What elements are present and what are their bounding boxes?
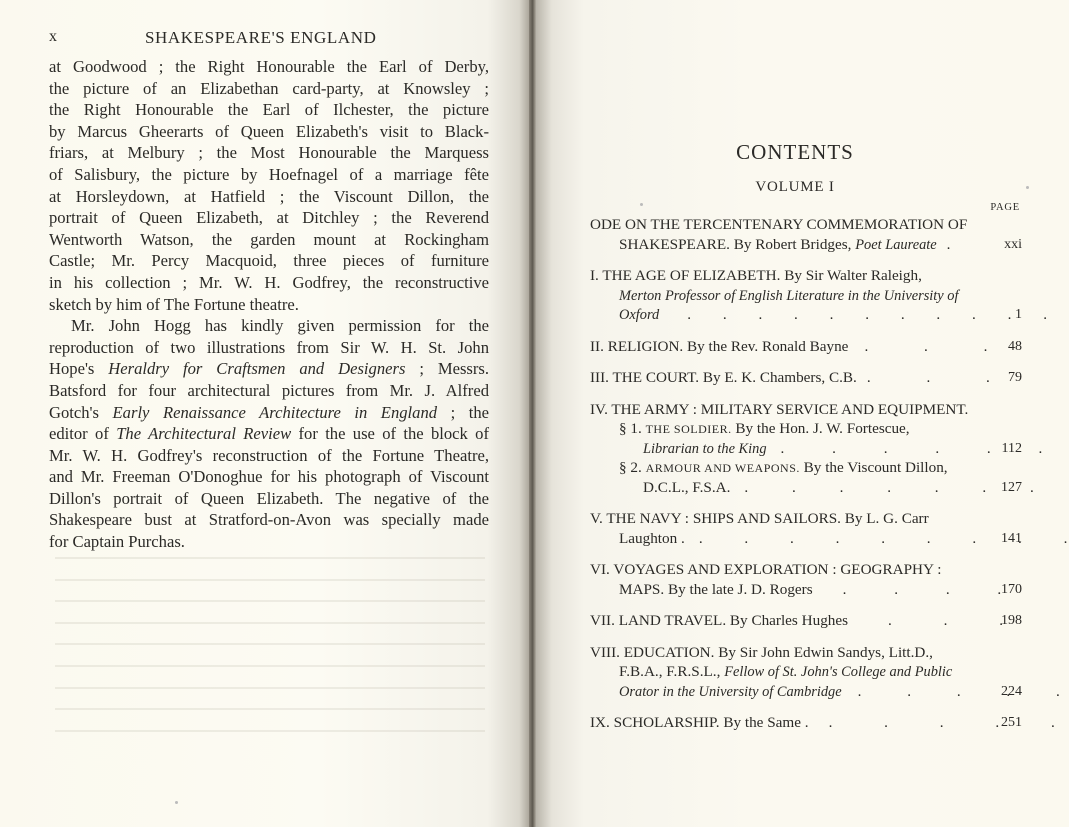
text: Laughton . xyxy=(619,530,685,547)
section-mark: § 2. xyxy=(619,459,642,476)
author-title: Oxford xyxy=(619,307,659,323)
chapter-numeral: VII. xyxy=(590,612,615,629)
text-line: Batsford for four architectural pictures… xyxy=(49,380,489,402)
toc-line: D.C.L., F.S.A.. . . . . . . .127 xyxy=(590,478,1022,498)
page-ref: 170 xyxy=(1001,580,1022,600)
page-ref: xxi xyxy=(1004,235,1022,255)
text-line: Wentworth Watson, the garden mount at Ro… xyxy=(49,229,489,251)
text-line: the Right Honourable the Earl of Ilchest… xyxy=(49,99,489,121)
chapter-numeral: I. xyxy=(590,267,599,284)
chapter-numeral: V. xyxy=(590,510,603,527)
text: EDUCATION. By Sir John Edwin Sandys, Lit… xyxy=(624,644,933,661)
page-ref: 79 xyxy=(1008,368,1022,388)
text-line: sketch by him of The Fortune theatre. xyxy=(49,294,489,316)
text-line: friars, at Melbury ; the Most Honourable… xyxy=(49,142,489,164)
page-ref: 251 xyxy=(1001,713,1022,733)
author-title: Orator in the University of Cambridge xyxy=(619,684,842,700)
chapter-numeral: VIII. xyxy=(590,644,620,661)
paragraph-2: Mr. John Hogg has kindly given permissio… xyxy=(49,315,489,553)
chapter-numeral: III. xyxy=(590,369,609,386)
chapter-numeral: VI. xyxy=(590,561,610,578)
section-title: Armour and Weapons. xyxy=(646,461,800,475)
page-ref: 1 xyxy=(1015,305,1022,325)
book-title-italic: Early Renaissance Architecture in Englan… xyxy=(113,403,438,422)
text-line: reproduction of two illustrations from S… xyxy=(49,337,489,359)
toc-line: Oxford. . . . . . . . . . .1 xyxy=(590,305,1022,325)
text: MAPS. By the late J. D. Rogers xyxy=(619,581,813,598)
toc-line: IV. THE ARMY : MILITARY SERVICE AND EQUI… xyxy=(590,400,1022,420)
text-line: the picture of an Elizabethan card-party… xyxy=(49,78,489,100)
page-ref: 127 xyxy=(1001,478,1022,498)
journal-title-italic: The Architectural Review xyxy=(116,424,291,443)
author-title: Fellow of St. John's College and Public xyxy=(724,664,952,680)
toc-line: VIII. EDUCATION. By Sir John Edwin Sandy… xyxy=(590,643,1022,663)
paper-speck xyxy=(640,203,643,206)
toc-line: VII. LAND TRAVEL. By Charles Hughes. . .… xyxy=(590,611,1022,631)
text: By the Viscount Dillon, xyxy=(800,459,948,476)
text-line: Hope's Heraldry for Craftsmen and Design… xyxy=(49,358,489,380)
text: SHAKESPEARE. By Robert Bridges, xyxy=(619,236,855,253)
toc-line: Laughton .. . . . . . . . .141 xyxy=(590,529,1022,549)
page-number: x xyxy=(49,28,57,46)
running-head: x SHAKESPEARE'S ENGLAND xyxy=(49,28,489,50)
text: Gotch's xyxy=(49,403,113,422)
toc-entry-ode: ODE ON THE TERCENTENARY COMMEMORATION OF… xyxy=(590,215,1022,254)
page-column-label: PAGE xyxy=(960,202,1020,213)
toc-entry-IX: IX. SCHOLARSHIP. By the Same .. . . . .2… xyxy=(590,713,1022,733)
text-line: by Marcus Gheerarts of Queen Elizabeth's… xyxy=(49,121,489,143)
text-line: and Mr. Freeman O'Donoghue for his photo… xyxy=(49,466,489,488)
toc-entry-VII: VII. LAND TRAVEL. By Charles Hughes. . .… xyxy=(590,611,1022,631)
book-title-italic: Heraldry for Craftsmen and Designers xyxy=(108,359,405,378)
toc-entry-I: I. THE AGE OF ELIZABETH. By Sir Walter R… xyxy=(590,266,1022,325)
acknowledgements-text: at Goodwood ; the Right Honourable the E… xyxy=(49,56,489,553)
leader-dots: . . . . . xyxy=(829,713,1069,733)
text-line: Castle; Mr. Percy Macquoid, three pieces… xyxy=(49,250,489,272)
toc-line: MAPS. By the late J. D. Rogers. . . .170 xyxy=(590,580,1022,600)
toc-line: Librarian to the King. . . . . .112 xyxy=(590,439,1022,459)
toc-line: IX. SCHOLARSHIP. By the Same .. . . . .2… xyxy=(590,713,1022,733)
text-line: Dillon's portrait of Queen Elizabeth. Th… xyxy=(49,488,489,510)
toc-line: ODE ON THE TERCENTENARY COMMEMORATION OF xyxy=(590,215,1022,235)
text: D.C.L., F.S.A. xyxy=(643,479,730,496)
chapter-numeral: II. xyxy=(590,338,604,355)
text: ; the xyxy=(437,403,489,422)
text: THE ARMY : MILITARY SERVICE AND EQUIPMEN… xyxy=(611,401,968,418)
text: for the use of the block of xyxy=(291,424,489,443)
toc-line: SHAKESPEARE. By Robert Bridges, Poet Lau… xyxy=(590,235,1022,255)
toc-line: III. THE COURT. By E. K. Chambers, C.B..… xyxy=(590,368,1022,388)
text: THE NAVY : SHIPS AND SAILORS. By L. G. C… xyxy=(606,510,928,527)
toc-line: § 2. Armour and Weapons. By the Viscount… xyxy=(590,458,1022,478)
section-mark: § 1. xyxy=(619,420,642,437)
toc-line: F.B.A., F.R.S.L., Fellow of St. John's C… xyxy=(590,662,1022,682)
toc-line: II. RELIGION. By the Rev. Ronald Bayne. … xyxy=(590,337,1022,357)
page-ref: 48 xyxy=(1008,337,1022,357)
text: VOYAGES AND EXPLORATION : GEOGRAPHY : xyxy=(613,561,941,578)
text: By the Hon. J. W. Fortescue, xyxy=(732,420,910,437)
text: Hope's xyxy=(49,359,108,378)
section-title: The Soldier. xyxy=(646,422,732,436)
page-ref: 198 xyxy=(1001,611,1022,631)
text: editor of xyxy=(49,424,116,443)
toc-entry-II: II. RELIGION. By the Rev. Ronald Bayne. … xyxy=(590,337,1022,357)
text-line: at Goodwood ; the Right Honourable the E… xyxy=(49,56,489,78)
toc-line: Merton Professor of English Literature i… xyxy=(590,286,1022,306)
text-line: for Captain Purchas. xyxy=(49,531,489,553)
page-ref: 141 xyxy=(1001,529,1022,549)
paragraph-1: at Goodwood ; the Right Honourable the E… xyxy=(49,56,489,315)
page-ref: 224 xyxy=(1001,682,1022,702)
book-title: SHAKESPEARE'S ENGLAND xyxy=(145,28,376,48)
toc-line: I. THE AGE OF ELIZABETH. By Sir Walter R… xyxy=(590,266,1022,286)
toc-line: VI. VOYAGES AND EXPLORATION : GEOGRAPHY … xyxy=(590,560,1022,580)
chapter-numeral: IV. xyxy=(590,401,608,418)
toc-entry-VI: VI. VOYAGES AND EXPLORATION : GEOGRAPHY … xyxy=(590,560,1022,599)
text-line: editor of The Architectural Review for t… xyxy=(49,423,489,445)
text: SCHOLARSHIP. By the Same . xyxy=(614,714,809,731)
page-ref: 112 xyxy=(1002,439,1022,459)
leader-dots: . . . xyxy=(867,368,1016,388)
author-title: Merton Professor of English Literature i… xyxy=(619,288,959,304)
paper-speck xyxy=(175,801,178,804)
toc-line: § 1. The Soldier. By the Hon. J. W. Fort… xyxy=(590,419,1022,439)
toc-entry-IV: IV. THE ARMY : MILITARY SERVICE AND EQUI… xyxy=(590,400,1022,498)
leader-dots: . . . . . . . . . . . xyxy=(687,305,1061,325)
text-line: Mr. John Hogg has kindly given permissio… xyxy=(49,315,489,337)
bleed-through-shadow xyxy=(55,557,485,751)
text-line: of Salisbury, the picture by Hoefnagel o… xyxy=(49,164,489,186)
leader-dots: . . . xyxy=(864,337,1013,357)
text-line: in his collection ; Mr. W. H. Godfrey, t… xyxy=(49,272,489,294)
text: ; Messrs. xyxy=(405,359,489,378)
text: LAND TRAVEL. By Charles Hughes xyxy=(619,612,848,629)
toc-line: Orator in the University of Cambridge. .… xyxy=(590,682,1022,702)
leader-dots: . xyxy=(947,235,965,255)
volume-heading: VOLUME I xyxy=(590,179,1000,196)
contents-heading: CONTENTS xyxy=(590,140,1000,165)
toc-entry-VIII: VIII. EDUCATION. By Sir John Edwin Sandy… xyxy=(590,643,1022,702)
toc-entry-III: III. THE COURT. By E. K. Chambers, C.B..… xyxy=(590,368,1022,388)
book-spread: x SHAKESPEARE'S ENGLAND at Goodwood ; th… xyxy=(0,0,1069,827)
toc-entry-V: V. THE NAVY : SHIPS AND SAILORS. By L. G… xyxy=(590,509,1022,548)
text-line: Gotch's Early Renaissance Architecture i… xyxy=(49,402,489,424)
text: RELIGION. By the Rev. Ronald Bayne xyxy=(608,338,849,355)
leader-dots: . . . . xyxy=(843,580,1024,600)
text-line: Shakespeare bust at Stratford-on-Avon wa… xyxy=(49,509,489,531)
table-of-contents: ODE ON THE TERCENTENARY COMMEMORATION OF… xyxy=(590,215,1022,745)
chapter-numeral: IX. xyxy=(590,714,610,731)
author-title: Librarian to the King xyxy=(643,441,767,457)
author-title: Poet Laureate xyxy=(855,237,936,253)
text-line: at Horsleydown, at Hatfield ; the Viscou… xyxy=(49,186,489,208)
text-line: Mr. W. H. Godfrey's reconstruction of th… xyxy=(49,445,489,467)
text: THE COURT. By E. K. Chambers, C.B. xyxy=(613,369,857,386)
text-line: portrait of Queen Elizabeth, at Ditchley… xyxy=(49,207,489,229)
text: THE AGE OF ELIZABETH. By Sir Walter Rale… xyxy=(602,267,922,284)
leader-dots: . . . . . xyxy=(858,682,1069,702)
text: F.B.A., F.R.S.L., xyxy=(619,663,724,680)
paper-speck xyxy=(1026,186,1029,189)
toc-line: V. THE NAVY : SHIPS AND SAILORS. By L. G… xyxy=(590,509,1022,529)
